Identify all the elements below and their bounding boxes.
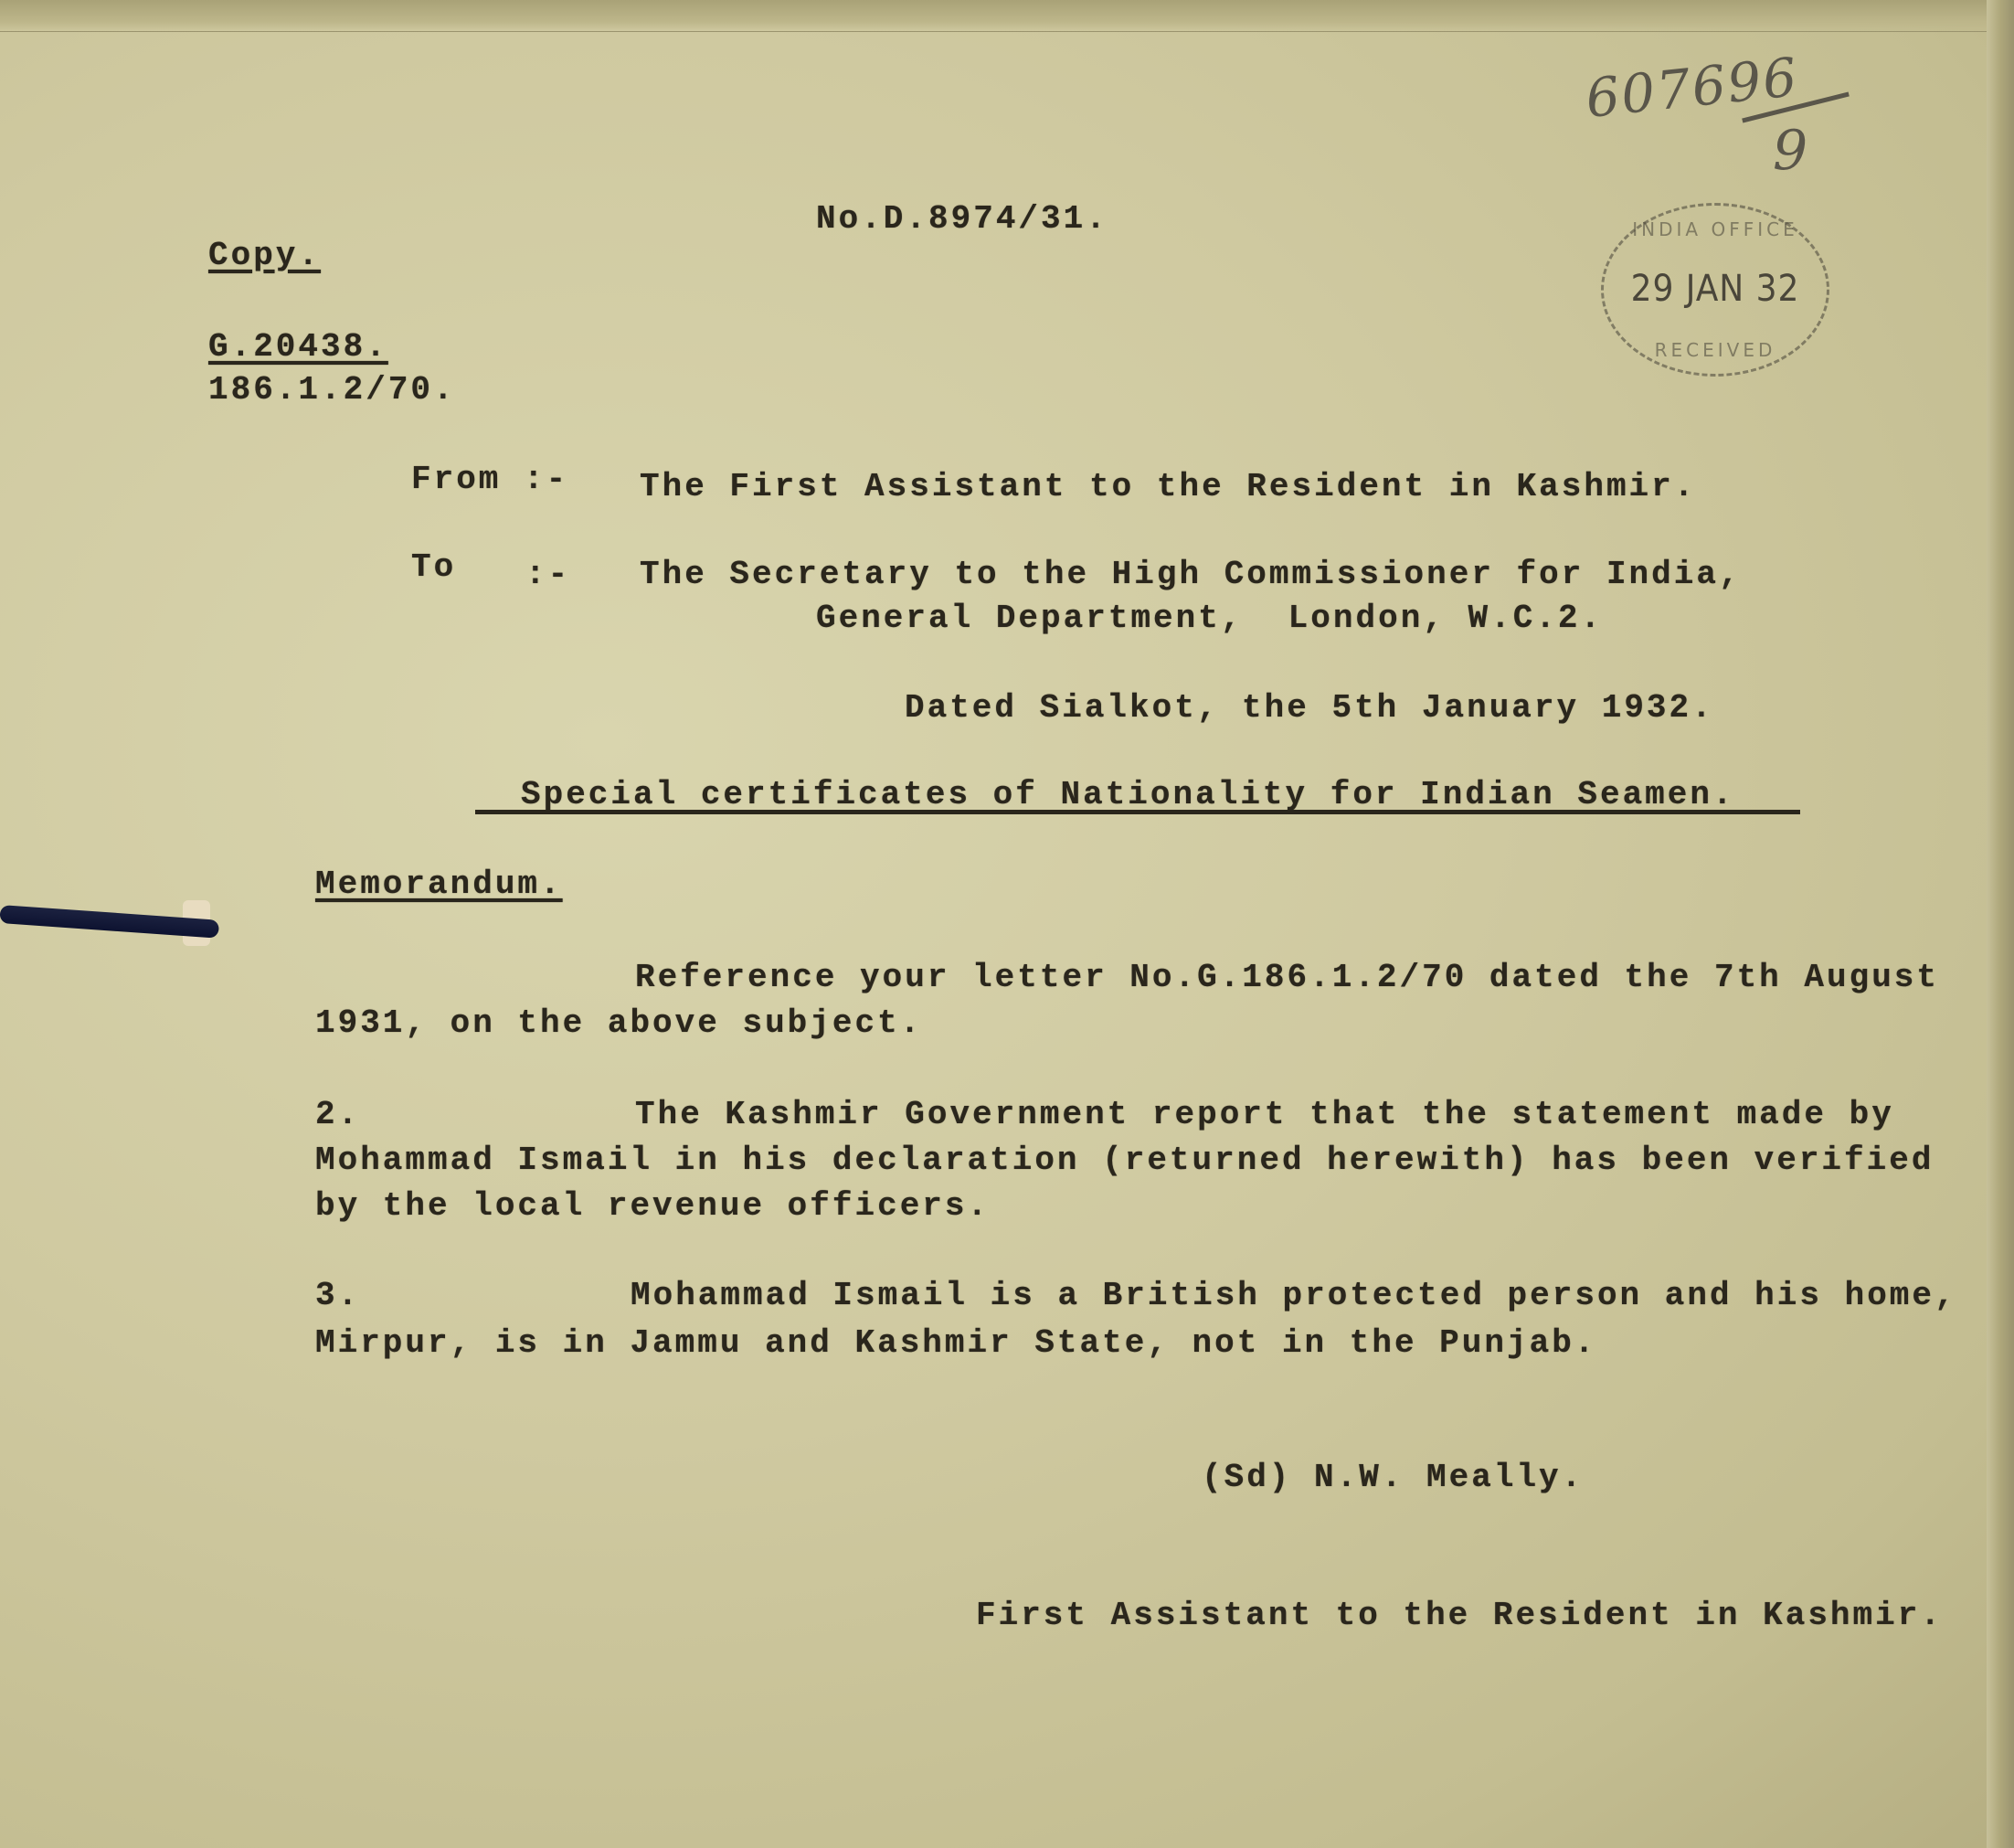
paragraph-2-number: 2. (315, 1092, 360, 1138)
paper-right-edge (1987, 0, 2014, 1848)
paragraph-3-number: 3. (315, 1273, 360, 1319)
handwritten-denominator: 9 (1773, 119, 1807, 183)
paper-top-edge (0, 0, 2014, 32)
stamp-date: 29 JAN 32 (1604, 268, 1827, 310)
paragraph-2-line-2: Mohammad Ismail in his declaration (retu… (315, 1138, 1934, 1184)
reference-g-number: G.20438. (208, 324, 388, 370)
paragraph-3-line-2: Mirpur, is in Jammu and Kashmir State, n… (315, 1321, 1596, 1366)
to-separator: :- (525, 552, 570, 598)
document-page: 607696 9 INDIA OFFICE 29 JAN 32 RECEIVED… (0, 0, 2014, 1848)
to-line-1: The Secretary to the High Commissioner f… (640, 552, 1742, 598)
from-label: From :- (411, 457, 568, 503)
signature-title: First Assistant to the Resident in Kashm… (976, 1593, 1943, 1639)
dateline: Dated Sialkot, the 5th January 1932. (905, 685, 1714, 731)
to-label: To (411, 545, 456, 590)
paragraph-2-line-3: by the local revenue officers. (315, 1184, 990, 1229)
paragraph-2-line-1: The Kashmir Government report that the s… (635, 1092, 1894, 1138)
copy-label: Copy. (208, 233, 321, 279)
handwritten-reference: 607696 (1583, 46, 1801, 130)
received-stamp: INDIA OFFICE 29 JAN 32 RECEIVED (1601, 203, 1829, 377)
subject-underline (475, 810, 1800, 814)
stamp-top-text: INDIA OFFICE (1604, 218, 1827, 240)
signature-name: (Sd) N.W. Meally. (1202, 1455, 1584, 1501)
document-number: No.D.8974/31. (816, 196, 1108, 242)
paragraph-3-line-1: Mohammad Ismail is a British protected p… (631, 1273, 1957, 1319)
stamp-bottom-text: RECEIVED (1604, 339, 1827, 361)
from-value: The First Assistant to the Resident in K… (640, 464, 1696, 510)
reference-file-number: 186.1.2/70. (208, 367, 456, 413)
to-line-2: General Department, London, W.C.2. (816, 596, 1603, 642)
memorandum-heading: Memorandum. (315, 862, 563, 908)
paragraph-1-line-1: Reference your letter No.G.186.1.2/70 da… (635, 955, 1939, 1001)
paragraph-1-line-2: 1931, on the above subject. (315, 1001, 922, 1046)
